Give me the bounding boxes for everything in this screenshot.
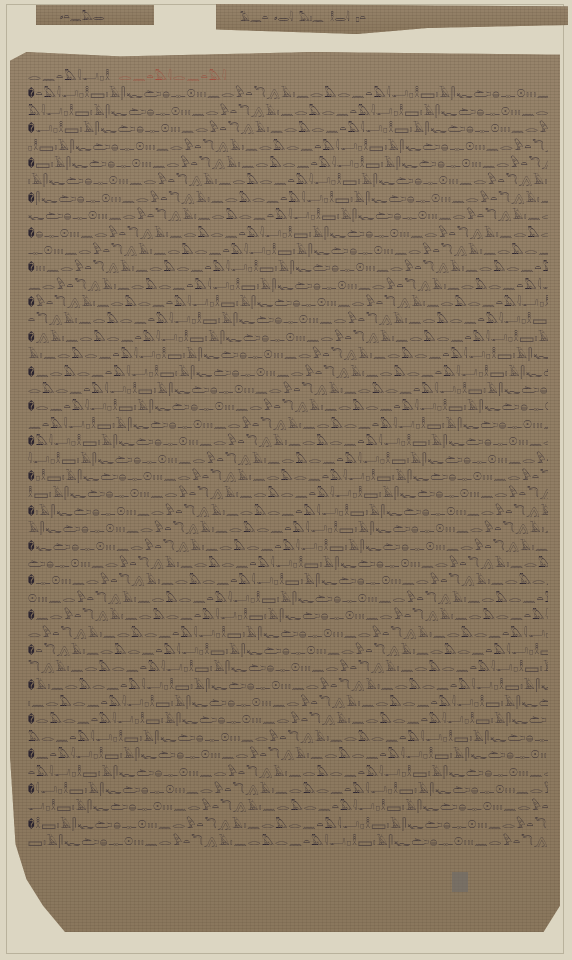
text-line: 𓏤𓄿𓋴𓆑𓂧𓐍𓊃𓇳𓏥𓈖𓂋𓅱𓏏𓆓𓂻𓄿𓏤𓈖𓂋𓅓𓂋𓈖𓏏𓅓𓇋𓂝𓊪𓎛𓈙𓏤𓄿𓋴𓆑𓂧𓐍𓊃𓇳𓏥𓈖𓂋…	[28, 172, 548, 189]
text-line: 𓈙𓏤𓄿𓋴𓆑𓂧𓐍𓊃𓇳𓏥𓈖𓂋𓅱𓏏𓆓𓂻𓄿𓏤𓈖𓂋𓅓𓂋𓈖𓏏𓅓𓇋𓂝𓊪𓎛𓈙𓏤𓄿𓋴𓆑𓂧𓐍𓊃𓇳𓏥𓈖…	[28, 833, 548, 850]
text-line: 𓅓𓂋𓈖𓏏𓅓𓇋𓂝𓊪𓎛𓈙𓏤𓄿𓋴𓆑𓂧𓐍𓊃𓇳𓏥𓈖𓂋𓅱𓏏𓆓𓂻𓄿𓏤𓈖𓂋𓅓𓂋𓈖𓏏𓅓𓇋𓂝𓊪𓎛𓈙𓏤…	[28, 729, 548, 746]
text-line: 𓈖𓂋𓅱𓏏𓆓𓂻𓄿𓏤𓈖𓂋𓅓𓂋𓈖𓏏𓅓𓇋𓂝𓊪𓎛𓈙𓏤𓄿𓋴𓆑𓂧𓐍𓊃𓇳𓏥𓈖𓂋𓅱𓏏𓆓𓂻𓄿𓏤𓈖𓂋𓅓…	[28, 277, 548, 294]
text-line: �𓂻𓄿𓏤𓈖𓂋𓅓𓂋𓈖𓏏𓅓𓇋𓂝𓊪𓎛𓈙𓏤𓄿𓋴𓆑𓂧𓐍𓊃𓇳𓏥𓈖𓂋𓅱𓏏𓆓𓂻𓄿𓏤𓈖𓂋𓅓𓂋𓈖𓏏𓅓…	[28, 329, 548, 346]
text-line: 𓄿𓏤𓈖𓂋𓅓𓂋𓈖𓏏𓅓𓇋𓂝𓊪𓎛𓈙𓏤𓄿𓋴𓆑𓂧𓐍𓊃𓇳𓏥𓈖𓂋𓅱𓏏𓆓𓂻𓄿𓏤𓈖𓂋𓅓𓂋𓈖𓏏𓅓𓇋𓂝…	[28, 346, 548, 363]
rubric-text: 𓂋𓈖𓏏𓅓𓇋𓂋𓈖𓏏𓅓𓇋	[119, 70, 227, 83]
text-line: �𓈖𓂋𓅓𓂋𓈖𓏏𓅓𓇋𓂝𓊪𓎛𓈙𓏤𓄿𓋴𓆑𓂧𓐍𓊃𓇳𓏥𓈖𓂋𓅱𓏏𓆓𓂻𓄿𓏤𓈖𓂋𓅓𓂋𓈖𓏏𓅓𓇋𓂝𓊪…	[28, 364, 548, 381]
text-line: 𓆑𓂧𓐍𓊃𓇳𓏥𓈖𓂋𓅱𓏏𓆓𓂻𓄿𓏤𓈖𓂋𓅓𓂋𓈖𓏏𓅓𓇋𓂝𓊪𓎛𓈙𓏤𓄿𓋴𓆑𓂧𓐍𓊃𓇳𓏥𓈖𓂋𓅱𓏏𓆓…	[28, 207, 548, 224]
text-line: �𓈖𓏏𓅓𓇋𓂝𓊪𓎛𓈙𓏤𓄿𓋴𓆑𓂧𓐍𓊃𓇳𓏥𓈖𓂋𓅱𓏏𓆓𓂻𓄿𓏤𓈖𓂋𓅓𓂋𓈖𓏏𓅓𓇋𓂝𓊪𓎛𓈙𓏤𓄿…	[28, 746, 548, 763]
text-line: 𓎛𓈙𓏤𓄿𓋴𓆑𓂧𓐍𓊃𓇳𓏥𓈖𓂋𓅱𓏏𓆓𓂻𓄿𓏤𓈖𓂋𓅓𓂋𓈖𓏏𓅓𓇋𓂝𓊪𓎛𓈙𓏤𓄿𓋴𓆑𓂧𓐍𓊃𓇳𓏥…	[28, 485, 548, 502]
text-line: �𓏏𓅓𓇋𓂝𓊪𓎛𓈙𓏤𓄿𓋴𓆑𓂧𓐍𓊃𓇳𓏥𓈖𓂋𓅱𓏏𓆓𓂻𓄿𓏤𓈖𓂋𓅓𓂋𓈖𓏏𓅓𓇋𓂝𓊪𓎛𓈙𓏤𓄿𓋴…	[28, 85, 548, 102]
text-line: 𓇳𓏥𓈖𓂋𓅱𓏏𓆓𓂻𓄿𓏤𓈖𓂋𓅓𓂋𓈖𓏏𓅓𓇋𓂝𓊪𓎛𓈙𓏤𓄿𓋴𓆑𓂧𓐍𓊃𓇳𓏥𓈖𓂋𓅱𓏏𓆓𓂻𓄿𓏤𓈖…	[28, 590, 548, 607]
text-line: �𓆑𓂧𓐍𓊃𓇳𓏥𓈖𓂋𓅱𓏏𓆓𓂻𓄿𓏤𓈖𓂋𓅓𓂋𓈖𓏏𓅓𓇋𓂝𓊪𓎛𓈙𓏤𓄿𓋴𓆑𓂧𓐍𓊃𓇳𓏥𓈖𓂋𓅱𓏏…	[28, 538, 548, 555]
text-line: �𓅓𓇋𓂝𓊪𓎛𓈙𓏤𓄿𓋴𓆑𓂧𓐍𓊃𓇳𓏥𓈖𓂋𓅱𓏏𓆓𓂻𓄿𓏤𓈖𓂋𓅓𓂋𓈖𓏏𓅓𓇋𓂝𓊪𓎛𓈙𓏤𓄿𓋴𓆑…	[28, 433, 548, 450]
text-line: �𓅱𓏏𓆓𓂻𓄿𓏤𓈖𓂋𓅓𓂋𓈖𓏏𓅓𓇋𓂝𓊪𓎛𓈙𓏤𓄿𓋴𓆑𓂧𓐍𓊃𓇳𓏥𓈖𓂋𓅱𓏏𓆓𓂻𓄿𓏤𓈖𓂋𓅓𓂋…	[28, 294, 548, 311]
text-line: 𓏤𓈖𓂋𓅓𓂋𓈖𓏏𓅓𓇋𓂝𓊪𓎛𓈙𓏤𓄿𓋴𓆑𓂧𓐍𓊃𓇳𓏥𓈖𓂋𓅱𓏏𓆓𓂻𓄿𓏤𓈖𓂋𓅓𓂋𓈖𓏏𓅓𓇋𓂝𓊪…	[28, 694, 548, 711]
text-line: �𓈖𓂋𓅱𓏏𓆓𓂻𓄿𓏤𓈖𓂋𓅓𓂋𓈖𓏏𓅓𓇋𓂝𓊪𓎛𓈙𓏤𓄿𓋴𓆑𓂧𓐍𓊃𓇳𓏥𓈖𓂋𓅱𓏏𓆓𓂻𓄿𓏤𓈖𓂋…	[28, 607, 548, 624]
text-line: �𓈙𓏤𓄿𓋴𓆑𓂧𓐍𓊃𓇳𓏥𓈖𓂋𓅱𓏏𓆓𓂻𓄿𓏤𓈖𓂋𓅓𓂋𓈖𓏏𓅓𓇋𓂝𓊪𓎛𓈙𓏤𓄿𓋴𓆑𓂧𓐍𓊃𓇳𓏥…	[28, 155, 548, 172]
text-line: �𓊃𓇳𓏥𓈖𓂋𓅱𓏏𓆓𓂻𓄿𓏤𓈖𓂋𓅓𓂋𓈖𓏏𓅓𓇋𓂝𓊪𓎛𓈙𓏤𓄿𓋴𓆑𓂧𓐍𓊃𓇳𓏥𓈖𓂋𓅱𓏏𓆓𓂻𓄿…	[28, 572, 548, 589]
fragment-right-text: 𓄿𓈖𓏏 ⸗𓂋𓇋 𓅓𓏤𓈖 𓎛𓂋𓇋 𓊪𓏏	[240, 9, 366, 25]
text-line: �𓄿𓏤𓈖𓂋𓅓𓂋𓈖𓏏𓅓𓇋𓂝𓊪𓎛𓈙𓏤𓄿𓋴𓆑𓂧𓐍𓊃𓇳𓏥𓈖𓂋𓅱𓏏𓆓𓂻𓄿𓏤𓈖𓂋𓅓𓂋𓈖𓏏𓅓𓇋…	[28, 677, 548, 694]
hieratic-text-block: 𓂋𓈖𓏏𓅓𓇋𓂝𓊪𓎛 𓂋𓈖𓏏𓅓𓇋𓂋𓈖𓏏𓅓𓇋�𓏏𓅓𓇋𓂝𓊪𓎛𓈙𓏤𓄿𓋴𓆑𓂧𓐍𓊃𓇳𓏥𓈖𓂋𓅱𓏏…	[28, 68, 548, 851]
text-line: �𓂋𓅓𓂋𓈖𓏏𓅓𓇋𓂝𓊪𓎛𓈙𓏤𓄿𓋴𓆑𓂧𓐍𓊃𓇳𓏥𓈖𓂋𓅱𓏏𓆓𓂻𓄿𓏤𓈖𓂋𓅓𓂋𓈖𓏏𓅓𓇋𓂝𓊪𓎛…	[28, 711, 548, 728]
text-line: �𓏤𓄿𓋴𓆑𓂧𓐍𓊃𓇳𓏥𓈖𓂋𓅱𓏏𓆓𓂻𓄿𓏤𓈖𓂋𓅓𓂋𓈖𓏏𓅓𓇋𓂝𓊪𓎛𓈙𓏤𓄿𓋴𓆑𓂧𓐍𓊃𓇳𓏥𓈖…	[28, 503, 548, 520]
text-line: �𓂝𓊪𓎛𓈙𓏤𓄿𓋴𓆑𓂧𓐍𓊃𓇳𓏥𓈖𓂋𓅱𓏏𓆓𓂻𓄿𓏤𓈖𓂋𓅓𓂋𓈖𓏏𓅓𓇋𓂝𓊪𓎛𓈙𓏤𓄿𓋴𓆑𓂧𓐍…	[28, 120, 548, 137]
fragment-left-text: ⸗𓏏𓈖𓅓𓂋	[60, 8, 105, 24]
text-line: �𓋴𓆑𓂧𓐍𓊃𓇳𓏥𓈖𓂋𓅱𓏏𓆓𓂻𓄿𓏤𓈖𓂋𓅓𓂋𓈖𓏏𓅓𓇋𓂝𓊪𓎛𓈙𓏤𓄿𓋴𓆑𓂧𓐍𓊃𓇳𓏥𓈖𓂋𓅱…	[28, 190, 548, 207]
text-line: 𓄿𓋴𓆑𓂧𓐍𓊃𓇳𓏥𓈖𓂋𓅱𓏏𓆓𓂻𓄿𓏤𓈖𓂋𓅓𓂋𓈖𓏏𓅓𓇋𓂝𓊪𓎛𓈙𓏤𓄿𓋴𓆑𓂧𓐍𓊃𓇳𓏥𓈖𓂋𓅱…	[28, 520, 548, 537]
text-line: 𓂋𓅓𓂋𓈖𓏏𓅓𓇋𓂝𓊪𓎛𓈙𓏤𓄿𓋴𓆑𓂧𓐍𓊃𓇳𓏥𓈖𓂋𓅱𓏏𓆓𓂻𓄿𓏤𓈖𓂋𓅓𓂋𓈖𓏏𓅓𓇋𓂝𓊪𓎛𓈙…	[28, 381, 548, 398]
text-line: �𓇋𓂝𓊪𓎛𓈙𓏤𓄿𓋴𓆑𓂧𓐍𓊃𓇳𓏥𓈖𓂋𓅱𓏏𓆓𓂻𓄿𓏤𓈖𓂋𓅓𓂋𓈖𓏏𓅓𓇋𓂝𓊪𓎛𓈙𓏤𓄿𓋴𓆑𓂧…	[28, 781, 548, 798]
text-line: �𓎛𓈙𓏤𓄿𓋴𓆑𓂧𓐍𓊃𓇳𓏥𓈖𓂋𓅱𓏏𓆓𓂻𓄿𓏤𓈖𓂋𓅓𓂋𓈖𓏏𓅓𓇋𓂝𓊪𓎛𓈙𓏤𓄿𓋴𓆑𓂧𓐍𓊃𓇳…	[28, 816, 548, 833]
text-line: 𓇋𓂝𓊪𓎛𓈙𓏤𓄿𓋴𓆑𓂧𓐍𓊃𓇳𓏥𓈖𓂋𓅱𓏏𓆓𓂻𓄿𓏤𓈖𓂋𓅓𓂋𓈖𓏏𓅓𓇋𓂝𓊪𓎛𓈙𓏤𓄿𓋴𓆑𓂧𓐍…	[28, 451, 548, 468]
text-line: �𓂋𓈖𓏏𓅓𓇋𓂝𓊪𓎛𓈙𓏤𓄿𓋴𓆑𓂧𓐍𓊃𓇳𓏥𓈖𓂋𓅱𓏏𓆓𓂻𓄿𓏤𓈖𓂋𓅓𓂋𓈖𓏏𓅓𓇋𓂝𓊪𓎛𓈙𓏤…	[28, 398, 548, 415]
text-line: 𓊃𓇳𓏥𓈖𓂋𓅱𓏏𓆓𓂻𓄿𓏤𓈖𓂋𓅓𓂋𓈖𓏏𓅓𓇋𓂝𓊪𓎛𓈙𓏤𓄿𓋴𓆑𓂧𓐍𓊃𓇳𓏥𓈖𓂋𓅱𓏏𓆓𓂻𓄿𓏤…	[28, 242, 548, 259]
text-line: 𓅓𓇋𓂝𓊪𓎛𓈙𓏤𓄿𓋴𓆑𓂧𓐍𓊃𓇳𓏥𓈖𓂋𓅱𓏏𓆓𓂻𓄿𓏤𓈖𓂋𓅓𓂋𓈖𓏏𓅓𓇋𓂝𓊪𓎛𓈙𓏤𓄿𓋴𓆑𓂧…	[28, 103, 548, 120]
text-line: 𓂧𓐍𓊃𓇳𓏥𓈖𓂋𓅱𓏏𓆓𓂻𓄿𓏤𓈖𓂋𓅓𓂋𓈖𓏏𓅓𓇋𓂝𓊪𓎛𓈙𓏤𓄿𓋴𓆑𓂧𓐍𓊃𓇳𓏥𓈖𓂋𓅱𓏏𓆓𓂻…	[28, 555, 548, 572]
text-line: �𓏥𓈖𓂋𓅱𓏏𓆓𓂻𓄿𓏤𓈖𓂋𓅓𓂋𓈖𓏏𓅓𓇋𓂝𓊪𓎛𓈙𓏤𓄿𓋴𓆑𓂧𓐍𓊃𓇳𓏥𓈖𓂋𓅱𓏏𓆓𓂻𓄿𓏤𓈖…	[28, 259, 548, 276]
text-line: 𓏏𓆓𓂻𓄿𓏤𓈖𓂋𓅓𓂋𓈖𓏏𓅓𓇋𓂝𓊪𓎛𓈙𓏤𓄿𓋴𓆑𓂧𓐍𓊃𓇳𓏥𓈖𓂋𓅱𓏏𓆓𓂻𓄿𓏤𓈖𓂋𓅓𓂋𓈖𓏏…	[28, 311, 548, 328]
text-line: 𓈖𓏏𓅓𓇋𓂝𓊪𓎛𓈙𓏤𓄿𓋴𓆑𓂧𓐍𓊃𓇳𓏥𓈖𓂋𓅱𓏏𓆓𓂻𓄿𓏤𓈖𓂋𓅓𓂋𓈖𓏏𓅓𓇋𓂝𓊪𓎛𓈙𓏤𓄿𓋴…	[28, 416, 548, 433]
text-line: 𓊪𓎛𓈙𓏤𓄿𓋴𓆑𓂧𓐍𓊃𓇳𓏥𓈖𓂋𓅱𓏏𓆓𓂻𓄿𓏤𓈖𓂋𓅓𓂋𓈖𓏏𓅓𓇋𓂝𓊪𓎛𓈙𓏤𓄿𓋴𓆑𓂧𓐍𓊃𓇳…	[28, 138, 548, 155]
text-line: �𓐍𓊃𓇳𓏥𓈖𓂋𓅱𓏏𓆓𓂻𓄿𓏤𓈖𓂋𓅓𓂋𓈖𓏏𓅓𓇋𓂝𓊪𓎛𓈙𓏤𓄿𓋴𓆑𓂧𓐍𓊃𓇳𓏥𓈖𓂋𓅱𓏏𓆓𓂻…	[28, 225, 548, 242]
text-line: 𓂝𓊪𓎛𓈙𓏤𓄿𓋴𓆑𓂧𓐍𓊃𓇳𓏥𓈖𓂋𓅱𓏏𓆓𓂻𓄿𓏤𓈖𓂋𓅓𓂋𓈖𓏏𓅓𓇋𓂝𓊪𓎛𓈙𓏤𓄿𓋴𓆑𓂧𓐍𓊃…	[28, 798, 548, 815]
text-line: 𓂋𓈖𓏏𓅓𓇋𓂝𓊪𓎛 𓂋𓈖𓏏𓅓𓇋𓂋𓈖𓏏𓅓𓇋	[28, 68, 548, 85]
text-line: �𓊪𓎛𓈙𓏤𓄿𓋴𓆑𓂧𓐍𓊃𓇳𓏥𓈖𓂋𓅱𓏏𓆓𓂻𓄿𓏤𓈖𓂋𓅓𓂋𓈖𓏏𓅓𓇋𓂝𓊪𓎛𓈙𓏤𓄿𓋴𓆑𓂧𓐍𓊃…	[28, 468, 548, 485]
text-line: 𓂋𓅱𓏏𓆓𓂻𓄿𓏤𓈖𓂋𓅓𓂋𓈖𓏏𓅓𓇋𓂝𓊪𓎛𓈙𓏤𓄿𓋴𓆑𓂧𓐍𓊃𓇳𓏥𓈖𓂋𓅱𓏏𓆓𓂻𓄿𓏤𓈖𓂋𓅓𓂋…	[28, 625, 548, 642]
ink-stain	[452, 872, 468, 892]
text-line: �𓏏𓆓𓂻𓄿𓏤𓈖𓂋𓅓𓂋𓈖𓏏𓅓𓇋𓂝𓊪𓎛𓈙𓏤𓄿𓋴𓆑𓂧𓐍𓊃𓇳𓏥𓈖𓂋𓅱𓏏𓆓𓂻𓄿𓏤𓈖𓂋𓅓𓂋𓈖…	[28, 642, 548, 659]
text-line: 𓏏𓅓𓇋𓂝𓊪𓎛𓈙𓏤𓄿𓋴𓆑𓂧𓐍𓊃𓇳𓏥𓈖𓂋𓅱𓏏𓆓𓂻𓄿𓏤𓈖𓂋𓅓𓂋𓈖𓏏𓅓𓇋𓂝𓊪𓎛𓈙𓏤𓄿𓋴𓆑…	[28, 764, 548, 781]
text-line: 𓆓𓂻𓄿𓏤𓈖𓂋𓅓𓂋𓈖𓏏𓅓𓇋𓂝𓊪𓎛𓈙𓏤𓄿𓋴𓆑𓂧𓐍𓊃𓇳𓏥𓈖𓂋𓅱𓏏𓆓𓂻𓄿𓏤𓈖𓂋𓅓𓂋𓈖𓏏𓅓…	[28, 659, 548, 676]
